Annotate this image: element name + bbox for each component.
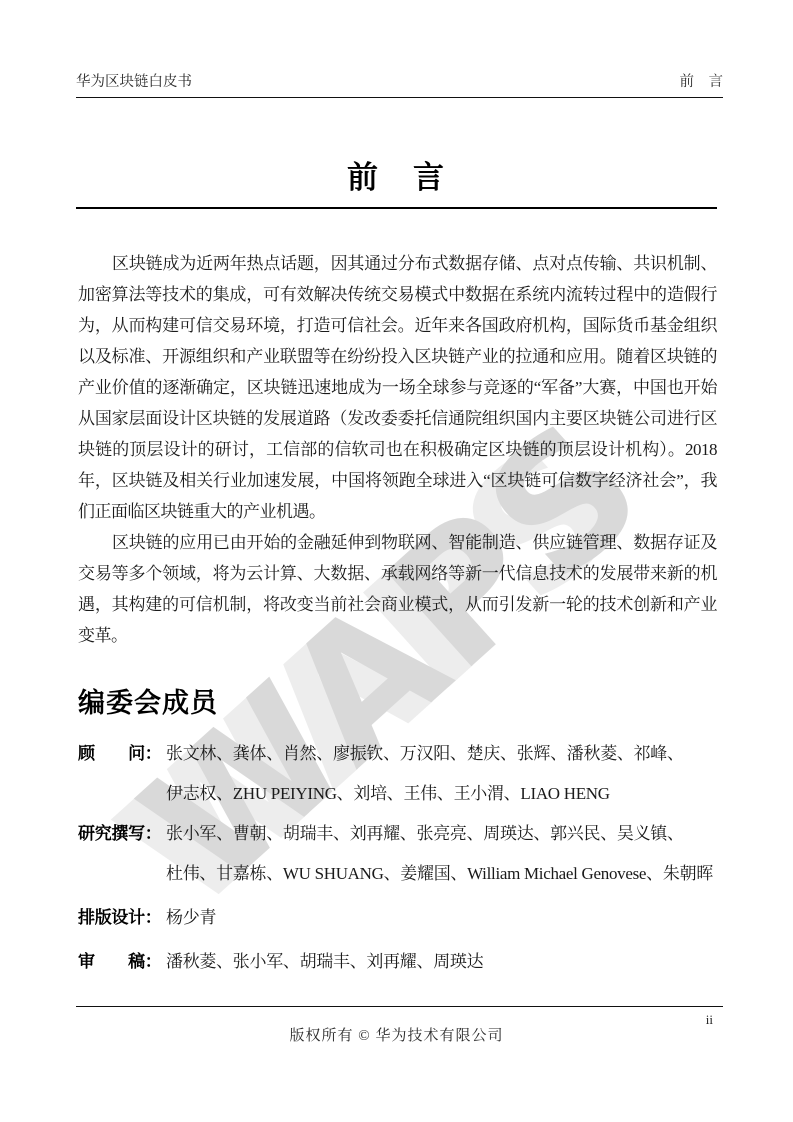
- member-names-research-writers-line1: 张小军、曹朝、胡瑞丰、刘再耀、张亮亮、周瑛达、郭兴民、吴义镇、: [166, 824, 684, 843]
- intro-text: 区块链成为近两年热点话题，因其通过分布式数据存储、点对点传输、共识机制、加密算法…: [78, 248, 717, 651]
- committee-heading: 编委会成员: [78, 681, 218, 720]
- member-row-research-writers: 研究撰写：张小军、曹朝、胡瑞丰、刘再耀、张亮亮、周瑛达、郭兴民、吴义镇、 杜伟、…: [78, 814, 723, 894]
- member-names-advisors-line1: 张文林、龚体、肖然、廖振钦、万汉阳、楚庆、张辉、潘秋菱、祁峰、: [166, 744, 684, 763]
- member-names-reviewers: 潘秋菱、张小军、胡瑞丰、刘再耀、周瑛达: [166, 952, 483, 971]
- member-row-layout-design: 排版设计：杨少青: [78, 898, 723, 938]
- header-document-title: 华为区块链白皮书: [76, 70, 192, 91]
- member-names-layout-design: 杨少青: [166, 908, 216, 927]
- page-header: 华为区块链白皮书 前 言: [76, 70, 723, 98]
- member-label-advisors: 顾 问：: [78, 734, 166, 774]
- footer-rule: [76, 1006, 723, 1007]
- intro-paragraph-1: 区块链成为近两年热点话题，因其通过分布式数据存储、点对点传输、共识机制、加密算法…: [78, 248, 717, 527]
- chapter-title-block: 前 言: [76, 152, 717, 209]
- committee-members: 顾 问：张文林、龚体、肖然、廖振钦、万汉阳、楚庆、张辉、潘秋菱、祁峰、 伊志权、…: [78, 734, 723, 982]
- member-names-research-writers-line2: 杜伟、甘嘉栋、WU SHUANG、姜耀国、William Michael Gen…: [78, 854, 723, 894]
- member-row-advisors: 顾 问：张文林、龚体、肖然、廖振钦、万汉阳、楚庆、张辉、潘秋菱、祁峰、 伊志权、…: [78, 734, 723, 814]
- document-page: WAPS WAPS 华为区块链白皮书 前 言 前 言 区块链成为近两年热点话题，…: [0, 0, 793, 1122]
- member-row-reviewers: 审 稿：潘秋菱、张小军、胡瑞丰、刘再耀、周瑛达: [78, 942, 723, 982]
- intro-paragraph-2: 区块链的应用已由开始的金融延伸到物联网、智能制造、供应链管理、数据存证及交易等多…: [78, 527, 717, 651]
- member-label-research-writers: 研究撰写：: [78, 814, 166, 854]
- copyright-notice: 版权所有 © 华为技术有限公司: [0, 1024, 793, 1045]
- member-names-advisors-line2: 伊志权、ZHU PEIYING、刘培、王伟、王小渭、LIAO HENG: [78, 774, 723, 814]
- member-label-layout-design: 排版设计：: [78, 898, 166, 938]
- member-label-reviewers: 审 稿：: [78, 942, 166, 982]
- chapter-title: 前 言: [347, 160, 446, 195]
- header-chapter-title: 前 言: [680, 70, 724, 91]
